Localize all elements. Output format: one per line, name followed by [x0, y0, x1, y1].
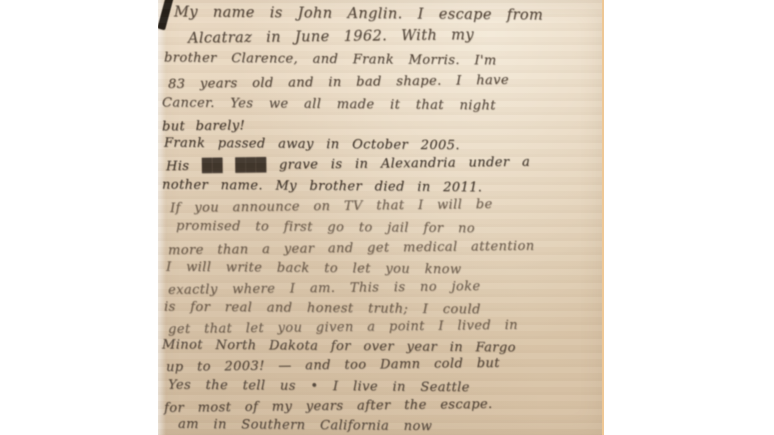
- letter-line: up to 2003! — and too Damn cold but: [166, 356, 500, 375]
- letter-line: nother name. My brother died in 2011.: [162, 178, 482, 196]
- letter-line: Alcatraz in June 1962. With my: [188, 27, 474, 46]
- letter-line: Yes the tell us • I live in Seattle: [168, 378, 470, 396]
- page-background: My name is John Anglin. I escape from Al…: [0, 0, 774, 435]
- letter-line: My name is John Anglin. I escape from: [174, 4, 543, 23]
- letter-photo: My name is John Anglin. I escape from Al…: [158, 0, 604, 435]
- letter-line: Frank passed away in October 2005.: [164, 136, 460, 154]
- letter-line: exactly where I am. This is no joke: [168, 279, 481, 298]
- letter-line: for most of my years after the escape.: [164, 397, 493, 416]
- photo-corner-mark: [158, 0, 175, 30]
- letter-line: is for real and honest truth; I could: [164, 300, 481, 318]
- letter-line: His ██ ███ grave is in Alexandria under …: [166, 155, 530, 174]
- letter-line: but barely!: [162, 118, 245, 134]
- letter-line: 83 years old and in bad shape. I have: [168, 73, 509, 92]
- letter-line: brother Clarence, and Frank Morris. I'm: [164, 51, 497, 69]
- letter-line: am in Southern California now: [178, 417, 432, 434]
- letter-line: Minot North Dakota for over year in Farg…: [162, 337, 516, 355]
- letter-line: I will write back to let you know: [166, 260, 462, 278]
- letter-line: promised to first go to jail for no: [176, 219, 475, 237]
- letter-line: get that let you given a point I lived i…: [168, 318, 518, 337]
- letter-line: Cancer. Yes we all made it that night: [162, 96, 496, 114]
- letter-line: more than a year and get medical attenti…: [168, 239, 535, 258]
- letter-line: If you announce on TV that I will be: [170, 197, 493, 216]
